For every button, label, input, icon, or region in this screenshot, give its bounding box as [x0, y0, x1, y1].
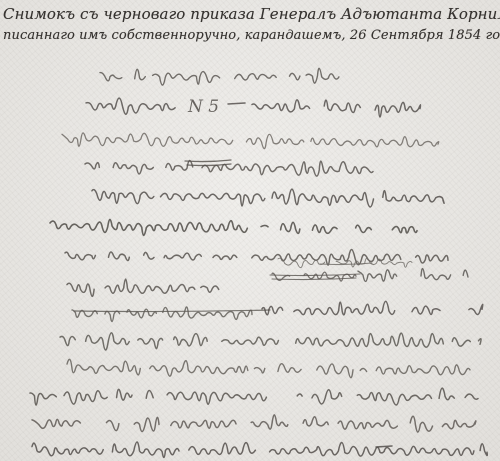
handwriting-line: [30, 388, 478, 405]
handwriting-line: [262, 301, 483, 314]
handwriting-canvas: N 5: [0, 0, 500, 461]
handwriting-line: [67, 359, 470, 377]
dash-mark: [376, 446, 392, 447]
handwriting-line: [62, 133, 439, 149]
handwriting-line: [50, 219, 417, 235]
strikethrough-mark: [74, 310, 270, 312]
strikethrough-mark: [185, 160, 231, 162]
handwriting-line: [358, 269, 468, 282]
handwriting-line: [86, 98, 175, 114]
handwriting-line: [32, 442, 487, 457]
document-scan: Снимокъ съ черноваго приказа Генералъ Ад…: [0, 0, 500, 461]
strikethrough-mark: [187, 164, 231, 166]
handwriting-group: N 5: [30, 68, 487, 457]
handwriting-line: [67, 279, 219, 296]
legible-fragment: N 5: [187, 97, 219, 117]
handwriting-line: [72, 307, 252, 322]
handwriting-line: [85, 160, 373, 176]
handwriting-line: [32, 415, 476, 432]
handwriting-line: [100, 68, 339, 85]
handwriting-line: [65, 250, 448, 266]
handwriting-line: [252, 100, 421, 117]
dash-mark: [228, 103, 245, 104]
handwriting-line: [60, 333, 481, 350]
handwriting-line: [92, 189, 444, 207]
strikethrough-mark: [272, 278, 356, 280]
